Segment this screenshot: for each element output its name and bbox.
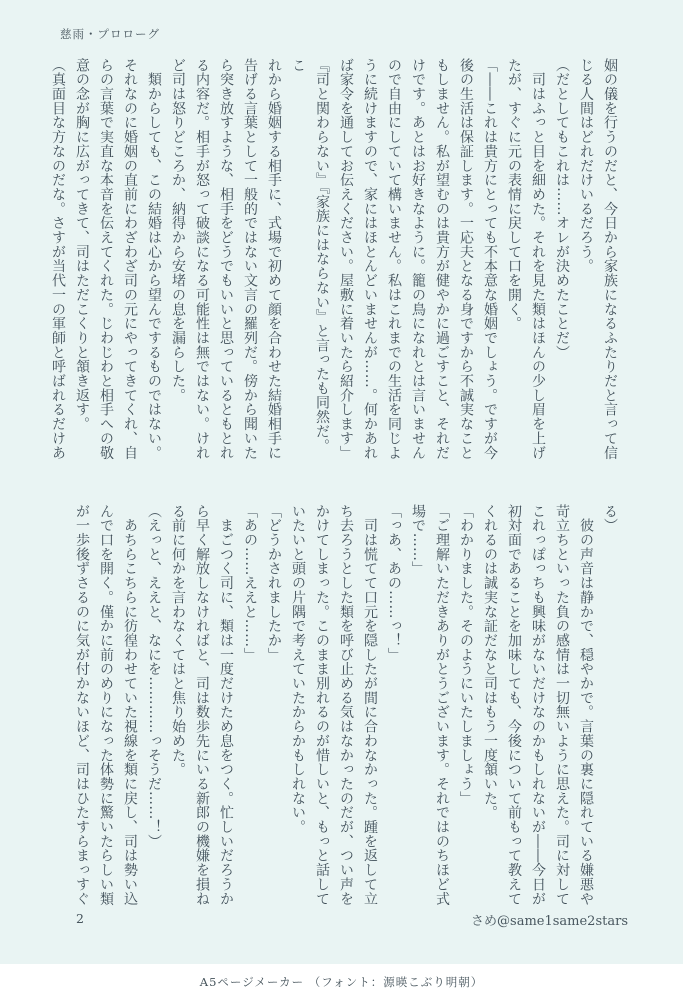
text-line: れから婚姻する相手に、式場で初めて顔を合わせた結婚相手に: [262, 58, 286, 460]
text-line: 後の生活は保証します。一応夫となる身ですから不誠実なこと: [454, 58, 478, 460]
text-line: 「――これは貴方にとっても不本意な婚姻でしょう。ですが今: [478, 58, 502, 460]
generator-caption: A5ページメーカー （フォント：源暎こぶり明朝）: [200, 974, 483, 990]
text-line: 司はふっと目を細めた。それを見た類はほんの少し眉を上げ: [526, 58, 550, 460]
text-line: いたいと頭の片隅で考えていたからかもしれない。: [286, 504, 310, 906]
text-line: る前に何かを言わなくてはと焦り始めた。: [166, 504, 190, 906]
text-line: 「っあ、あの……っ！」: [382, 504, 406, 906]
text-line: 類からしても、この結婚は心から望んでするものではない。: [142, 58, 166, 460]
page-number: 2: [76, 911, 84, 926]
text-line: もしません。私が望むのは貴方が健やかに過ごすこと、それだ: [430, 58, 454, 460]
text-line: ら早く解放しなければと、司は数歩先にいる新郎の機嫌を損ね: [190, 504, 214, 906]
text-line: 「ご理解いただきありがとうございます。それではのちほど式: [430, 504, 454, 906]
text-line: 意の念が胸に広がってきて、司はただこくりと頷き返す。: [70, 58, 94, 460]
text-band-bottom: る） 彼の声音は静かで、穏やかで。言葉の裏に隠れている嫌悪や苛立ちといった負の感…: [70, 504, 622, 906]
text-line: る内容だ。相手が怒って破談になる可能性は無ではない。けれ: [190, 58, 214, 460]
text-line: うに続けますので、家にはほとんどいませんが……。何かあれ: [358, 58, 382, 460]
text-line: けです。あとはお好きなように。籠の鳥になれとは言いません: [406, 58, 430, 460]
footer-bar: A5ページメーカー （フォント：源暎こぶり明朝）: [0, 964, 683, 1000]
text-line: 場で……」: [406, 504, 430, 906]
text-line: ど司は怒りどころか、納得から安堵の息を漏らした。: [166, 58, 190, 460]
text-line: あちらこちらに彷徨わせていた視線を類に戻し、司は勢い込: [118, 504, 142, 906]
text-line: かけてしまった。このまま別れるのが惜しいと、もっと話して: [310, 504, 334, 906]
text-line: 彼の声音は静かで、穏やかで。言葉の裏に隠れている嫌悪や: [574, 504, 598, 906]
text-line: 「わかりました。そのようにいたしましょう」: [454, 504, 478, 906]
text-line: 告げる言葉として一般的ではない文言の羅列だ。傍から聞いた: [238, 58, 262, 460]
text-line: じる人間はどれだけいるだろう。: [574, 58, 598, 460]
text-line: まごつく司に、類は一度だけため息をつく。忙しいだろうか: [214, 504, 238, 906]
text-line: 司は慌てて口元を隠したが間に合わなかった。踵を返して立: [358, 504, 382, 906]
text-line: それなのに婚姻の直前にわざわざ司の元にやってきてくれ、自: [118, 58, 142, 460]
text-line: （えっと、ええと、なにを…………っそうだ……！）: [142, 504, 166, 906]
text-band-top: 姻の儀を行うのだと、今日から家族になるふたりだと言って信じる人間はどれだけいるだ…: [46, 58, 622, 460]
text-line: 苛立ちといった負の感情は一切無いように思えた。司に対して: [550, 504, 574, 906]
text-line: ち去ろうとした類を呼び止める気はなかったのだが、つい声を: [334, 504, 358, 906]
text-line: （真面目な方なのだな。さすが当代一の軍師と呼ばれるだけあ: [46, 58, 70, 460]
text-line: ば家令を通してお伝えください。屋敷に着いたら紹介します」: [334, 58, 358, 460]
text-line: くれるのは誠実な証だなと司はもう一度頷いた。: [478, 504, 502, 906]
text-line: る）: [598, 504, 622, 906]
novel-page: 慈雨・プロローグ 姻の儀を行うのだと、今日から家族になるふたりだと言って信じる人…: [0, 0, 683, 1000]
text-line: んで口を開く。僅かに前のめりになった体勢に驚いたらしい類: [94, 504, 118, 906]
text-line: 「あの……ええと……」: [238, 504, 262, 906]
text-line: （だとしてもこれは……オレが決めたことだ）: [550, 58, 574, 460]
text-line: らの言葉で実直な本音を伝えてくれた。じわじわと相手への敬: [94, 58, 118, 460]
text-line: ら突き放すような、相手をどうでもいいと思っているともとれ: [214, 58, 238, 460]
text-line: たが、すぐに元の表情に戻して口を開く。: [502, 58, 526, 460]
text-line: ので自由にしていて構いません。私はこれまでの生活を同じよ: [382, 58, 406, 460]
text-line: 『司と関わらない』『家族にはならない』と言ったも同然だ。こ: [286, 58, 334, 460]
text-line: 姻の儀を行うのだと、今日から家族になるふたりだと言って信: [598, 58, 622, 460]
author-credit: さめ@same1same2stars: [471, 910, 628, 929]
chapter-title: 慈雨・プロローグ: [60, 26, 160, 42]
text-line: これっぽっちも興味がないだけなのかもしれないが――今日が: [526, 504, 550, 906]
text-line: が一歩後ずさるのに気が付かないほど、司はひたすらまっすぐ: [70, 504, 94, 906]
text-line: 「どうかされましたか」: [262, 504, 286, 906]
text-line: 初対面であることを加味しても、今後について前もって教えて: [502, 504, 526, 906]
